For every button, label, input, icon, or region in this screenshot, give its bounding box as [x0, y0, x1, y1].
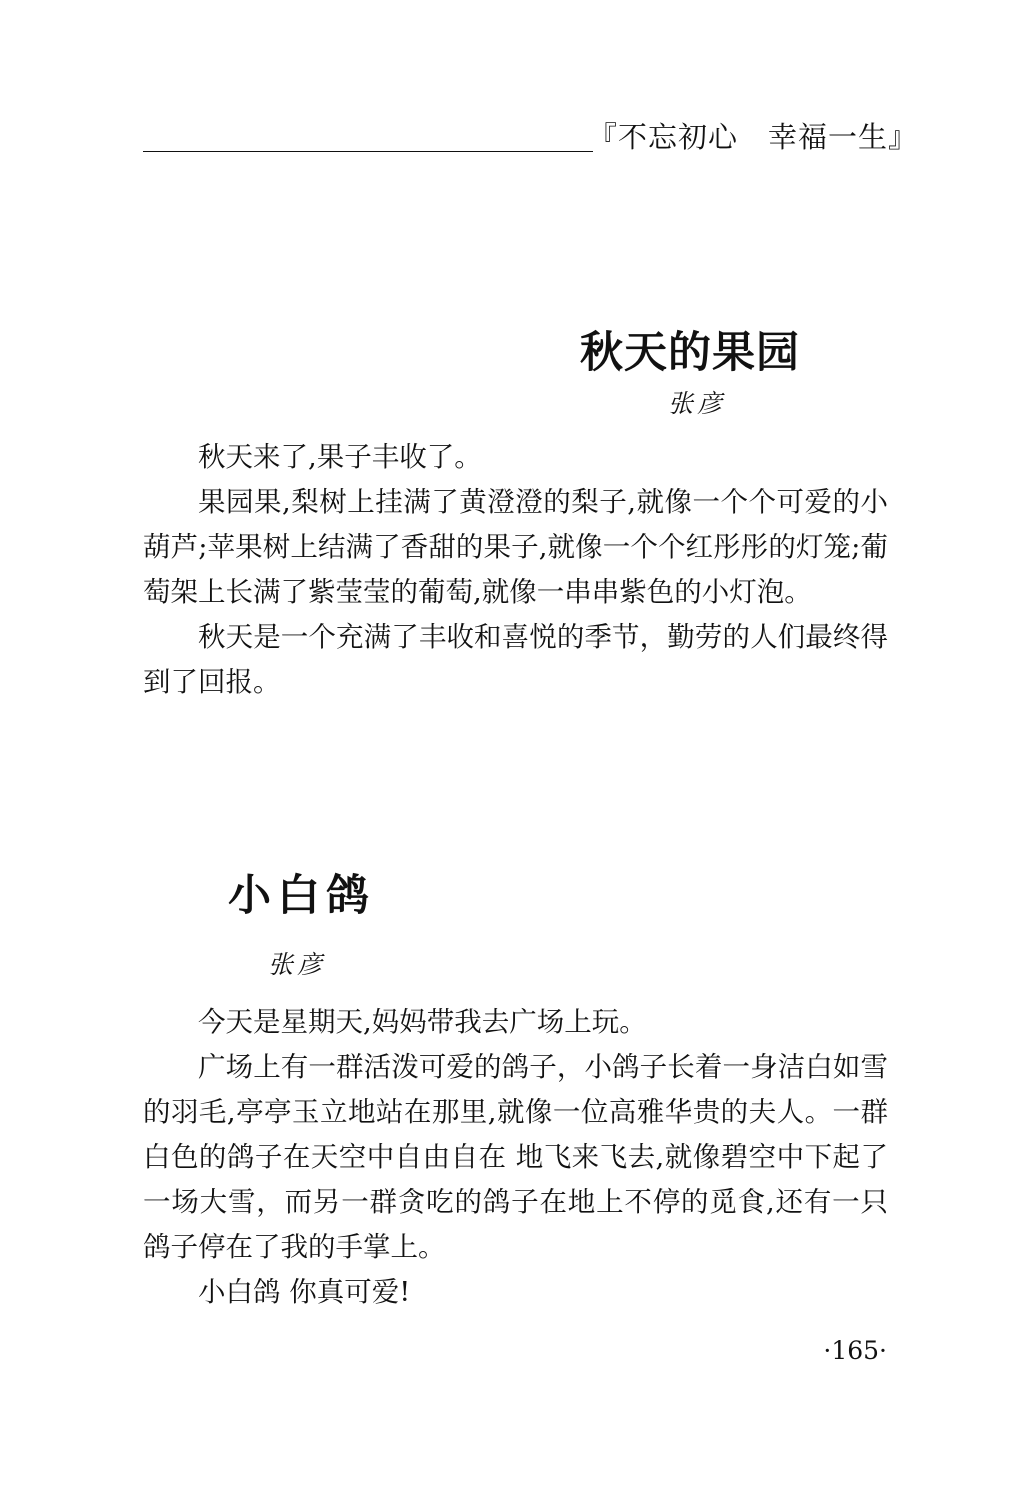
- header-rule: [143, 151, 593, 152]
- page-number: ·165·: [823, 1336, 887, 1366]
- article-title: 小白鸽: [228, 870, 375, 922]
- paragraph: 小白鸽 你真可爱!: [143, 1270, 888, 1315]
- paragraph: 广场上有一群活泼可爱的鸽子，小鸽子长着一身洁白如雪的羽毛,亭亭玉立地站在那里,就…: [143, 1045, 888, 1270]
- paragraph: 果园果,梨树上挂满了黄澄澄的梨子,就像一个个可爱的小葫芦;苹果树上结满了香甜的果…: [143, 480, 888, 615]
- running-header-title: 『不忘初心 幸福一生』: [588, 119, 918, 155]
- article-author: 张彦: [668, 389, 726, 419]
- paragraph: 秋天来了,果子丰收了。: [143, 435, 888, 480]
- article-title: 秋天的果园: [580, 327, 800, 379]
- paragraph: 秋天是一个充满了丰收和喜悦的季节，勤劳的人们最终得到了回报。: [143, 615, 888, 705]
- article-author: 张彦: [268, 950, 326, 980]
- article-body: 今天是星期天,妈妈带我去广场上玩。 广场上有一群活泼可爱的鸽子，小鸽子长着一身洁…: [143, 1000, 888, 1315]
- article-body: 秋天来了,果子丰收了。 果园果,梨树上挂满了黄澄澄的梨子,就像一个个可爱的小葫芦…: [143, 435, 888, 705]
- paragraph: 今天是星期天,妈妈带我去广场上玩。: [143, 1000, 888, 1045]
